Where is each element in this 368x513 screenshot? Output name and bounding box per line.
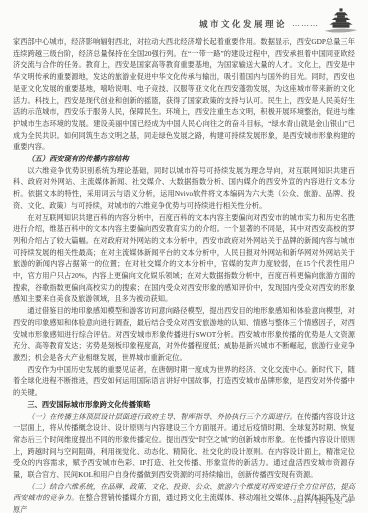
document-page: 城市文化发展理论 ……… 家西部中心城市，经济影响辐射西北，对拉动大西北经济增长… <box>0 0 368 513</box>
page-header: 城市文化发展理论 ……… <box>13 10 358 38</box>
running-head-title: 城市文化发展理论 <box>199 18 287 30</box>
pagoda-icon <box>324 8 358 40</box>
para-strategy-1-lead: （一）在传播主体顶层设计层面进行政府主导、智库指导、外协执行三个方面进行。 <box>27 413 296 421</box>
heading-section-3: 三、西安国际城市形象跨文化传播策略 <box>13 400 355 412</box>
running-head-dots: ……… <box>292 19 319 28</box>
page-footer: 2021.1 西安论坛 49 <box>293 496 352 505</box>
para-content-analysis: 在对互联网知识共建百科的内容分析中，百度百科的文本内容主要偏向对西安市的城市实力… <box>13 213 355 307</box>
para-method: 以六维竞争优势识别系统为理论基础，同时以城市符号可持续发展为理念导向，对互联网知… <box>13 166 355 213</box>
para-city-strength: 家西部中心城市，经济影响辐射西北，对拉动大西北经济增长起着重要作用。数据显示，西… <box>13 37 355 154</box>
footer-text: 2021.1 西安论坛 49 <box>293 498 352 505</box>
para-historical-witness: 西安作为中国历史发展的重要见证者，在唐朝时期一度成为世界的经济、文化交流中心。新… <box>13 365 355 400</box>
document-body: 家西部中心城市，经济影响辐射西北，对拉动大西北经济增长起着重要作用。数据显示，西… <box>13 37 355 513</box>
heading-section-5: （五）西安现有的传播内容结构 <box>13 154 355 166</box>
para-strategy-1: （一）在传播主体顶层设计层面进行政府主导、智库指导、外协执行三个方面进行。在传播… <box>13 412 355 482</box>
para-perception-model: 通过借鉴目的地印象感知模型和游客访问意向路径模型，提出西安目的地形象感知和体验意… <box>13 306 355 365</box>
